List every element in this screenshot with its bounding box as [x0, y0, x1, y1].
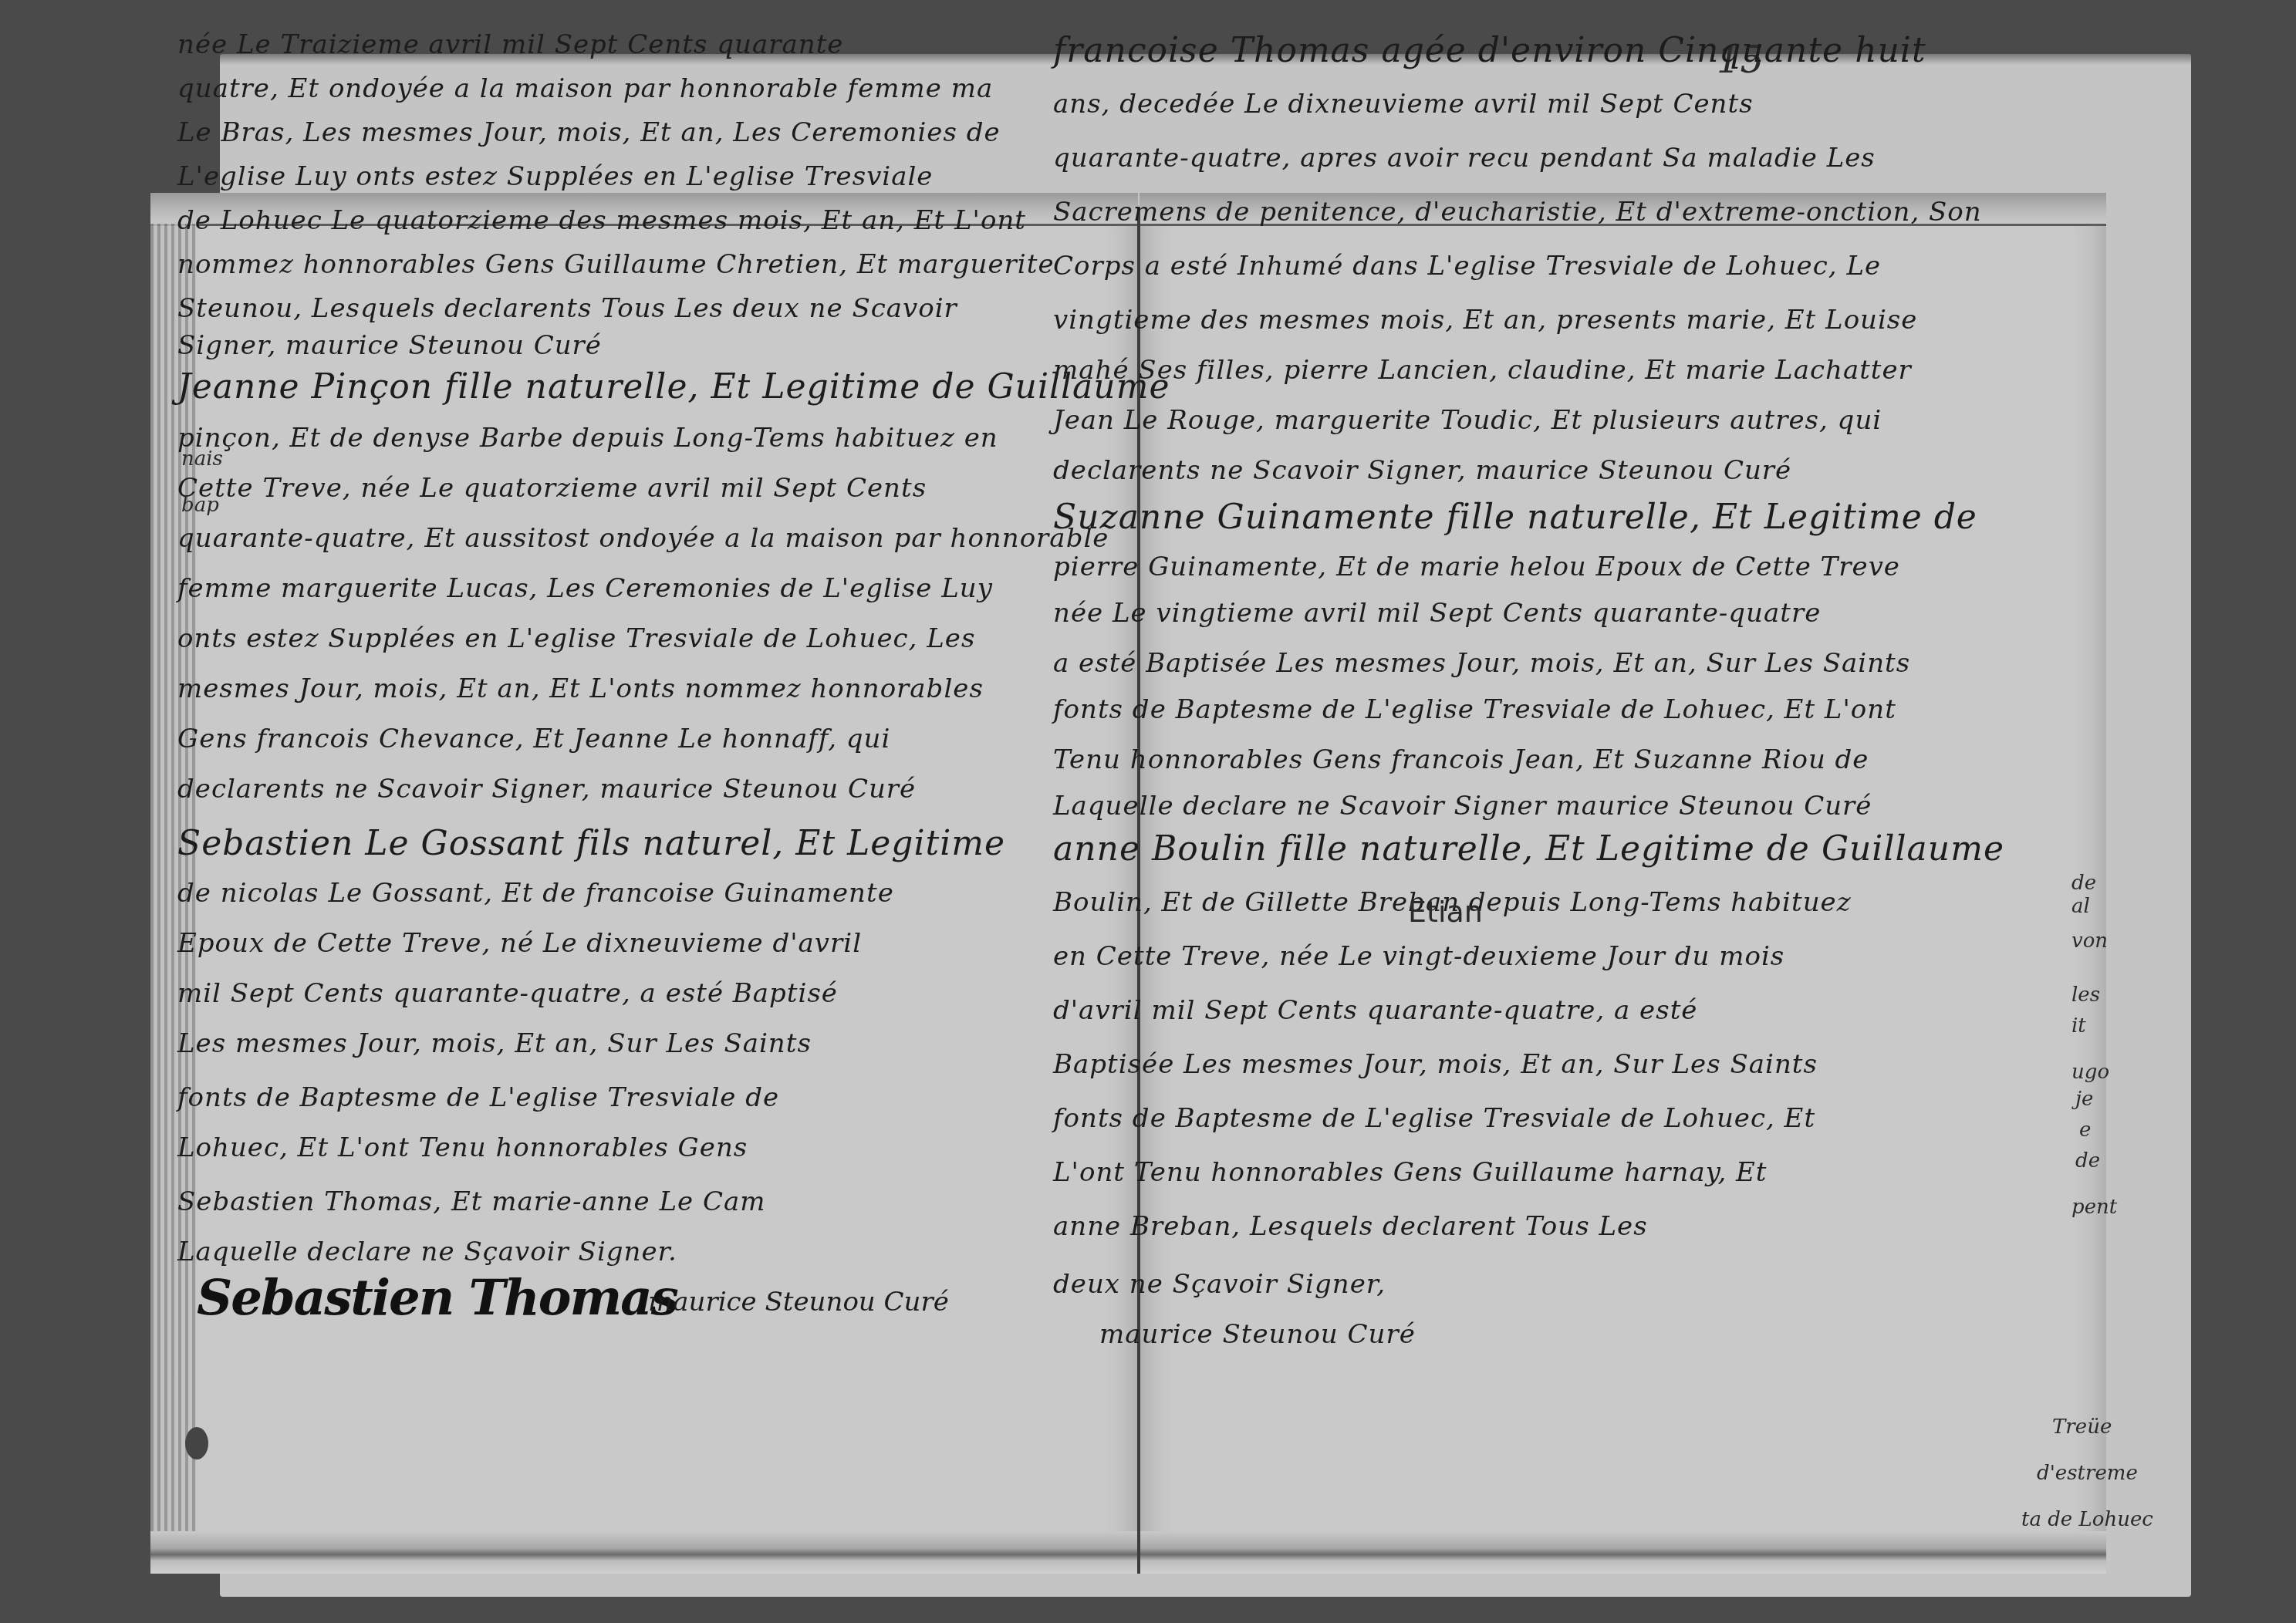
entry-line: Epoux de Cette Treve, né Le dixneuvieme …: [177, 928, 862, 959]
entry-line: Steunou, Lesquels declarents Tous Les de…: [177, 293, 957, 324]
entry-line: anne Breban, Lesquels declarent Tous Les: [1053, 1211, 1648, 1242]
margin-note: de: [2071, 872, 2096, 895]
signature-sebastien-thomas: Sebastien Thomas: [197, 1269, 677, 1327]
entry-line: mil Sept Cents quarante-quatre, a esté B…: [177, 978, 838, 1009]
entry-line: quarante-quatre, Et aussitost ondoyée a …: [177, 523, 1109, 554]
entry-line: Corps a esté Inhumé dans L'eglise Tresvi…: [1053, 251, 1881, 282]
entry-line: onts estez Supplées en L'eglise Tresvial…: [177, 623, 975, 654]
right-page: [1140, 193, 2106, 1574]
margin-note: ugo: [2071, 1061, 2109, 1084]
entry-line: d'avril mil Sept Cents quarante-quatre, …: [1053, 995, 1697, 1026]
entry-line: Laquelle declare ne Sçavoir Signer.: [177, 1237, 677, 1267]
entry-line: fonts de Baptesme de L'eglise Tresviale …: [1053, 694, 1896, 725]
entry-line: de Lohuec Le quatorzieme des mesmes mois…: [177, 205, 1026, 236]
entry-heading-jeanne-pincon: Jeanne Pinçon fille naturelle, Et Legiti…: [177, 367, 1170, 407]
entry-line: née Le Traizieme avril mil Sept Cents qu…: [177, 29, 843, 60]
margin-note: nais: [181, 447, 223, 471]
entry-line: mahé Ses filles, pierre Lancien, claudin…: [1053, 355, 1912, 386]
margin-note: pent: [2071, 1196, 2117, 1219]
entry-line: declarents ne Scavoir Signer, maurice St…: [1053, 455, 1791, 486]
right-page-bottom-edge: [1140, 1531, 2106, 1574]
entry-line: Sacremens de penitence, d'eucharistie, E…: [1053, 197, 1982, 228]
margin-note: al: [2071, 895, 2090, 918]
entry-line: Sebastien Thomas, Et marie-anne Le Cam: [177, 1186, 765, 1217]
entry-line: née Le vingtieme avril mil Sept Cents qu…: [1053, 598, 1821, 629]
margin-note: d'estreme: [2037, 1462, 2138, 1485]
entry-line: Signer, maurice Steunou Curé: [177, 330, 602, 361]
entry-line: fonts de Baptesme de L'eglise Tresviale …: [1053, 1103, 1815, 1134]
entry-line: vingtieme des mesmes mois, Et an, presen…: [1053, 305, 1917, 336]
entry-line: ans, decedée Le dixneuvieme avril mil Se…: [1053, 89, 1754, 120]
margin-note: je: [2075, 1088, 2093, 1111]
margin-note: it: [2071, 1014, 2086, 1038]
left-page-bottom-edge: [150, 1531, 1138, 1574]
ink-blot: [185, 1427, 208, 1459]
entry-line: Cette Treve, née Le quatorzieme avril mi…: [177, 473, 927, 504]
entry-line: en Cette Treve, née Le vingt-deuxieme Jo…: [1053, 941, 1784, 972]
entry-heading-francoise-thomas: francoise Thomas agée d'environ Cinquant…: [1053, 31, 1926, 70]
entry-line: pierre Guinamente, Et de marie helou Epo…: [1053, 552, 1900, 582]
margin-note: de: [2075, 1149, 2100, 1173]
entry-line: declarents ne Scavoir Signer, maurice St…: [177, 774, 916, 805]
margin-note: les: [2071, 984, 2100, 1007]
signature-cure-right: maurice Steunou Curé: [1099, 1319, 1416, 1350]
entry-line: fonts de Baptesme de L'eglise Tresviale …: [177, 1082, 779, 1113]
margin-note: e: [2079, 1119, 2091, 1142]
entry-line: quarante-quatre, apres avoir recu pendan…: [1053, 143, 1876, 174]
entry-line: Gens francois Chevance, Et Jeanne Le hon…: [177, 724, 890, 754]
entry-line: nommez honnorables Gens Guillaume Chreti…: [177, 249, 1055, 280]
entry-line: pinçon, Et de denyse Barbe depuis Long-T…: [177, 423, 998, 454]
entry-line: a esté Baptisée Les mesmes Jour, mois, E…: [1053, 648, 1910, 679]
entry-line: Tenu honnorables Gens francois Jean, Et …: [1053, 744, 1869, 775]
entry-line: L'ont Tenu honnorables Gens Guillaume ha…: [1053, 1157, 1768, 1188]
entry-line: Jean Le Rouge, marguerite Toudic, Et plu…: [1053, 405, 1882, 436]
entry-line: Baptisée Les mesmes Jour, mois, Et an, S…: [1053, 1049, 1818, 1080]
entry-line: mesmes Jour, mois, Et an, Et L'onts nomm…: [177, 673, 984, 704]
margin-note: bap: [181, 494, 219, 517]
entry-line: femme marguerite Lucas, Les Ceremonies d…: [177, 573, 993, 604]
entry-heading-anne-boulin: anne Boulin fille naturelle, Et Legitime…: [1053, 829, 2004, 869]
entry-line: Laquelle declare ne Scavoir Signer mauri…: [1053, 791, 1872, 822]
interlinear-note: Etian: [1408, 895, 1483, 929]
signature-cure-left: maurice Steunou Curé: [648, 1287, 949, 1318]
entry-line: L'eglise Luy onts estez Supplées en L'eg…: [177, 161, 934, 192]
entry-line: Lohuec, Et L'ont Tenu honnorables Gens: [177, 1132, 748, 1163]
margin-note: ta de Lohuec: [2021, 1508, 2153, 1531]
entry-heading-suzanne-guinamente: Suzanne Guinamente fille naturelle, Et L…: [1053, 498, 1977, 537]
margin-note: Treüe: [2052, 1415, 2112, 1439]
entry-heading-sebastien-le-gossant: Sebastien Le Gossant fils naturel, Et Le…: [177, 824, 1005, 863]
margin-note: von: [2071, 930, 2108, 953]
entry-line: deux ne Sçavoir Signer,: [1053, 1269, 1386, 1300]
entry-line: de nicolas Le Gossant, Et de francoise G…: [177, 878, 894, 909]
entry-line: Le Bras, Les mesmes Jour, mois, Et an, L…: [177, 117, 1001, 148]
entry-line: Les mesmes Jour, mois, Et an, Sur Les Sa…: [177, 1028, 812, 1059]
entry-line: quatre, Et ondoyée a la maison par honno…: [177, 73, 993, 104]
